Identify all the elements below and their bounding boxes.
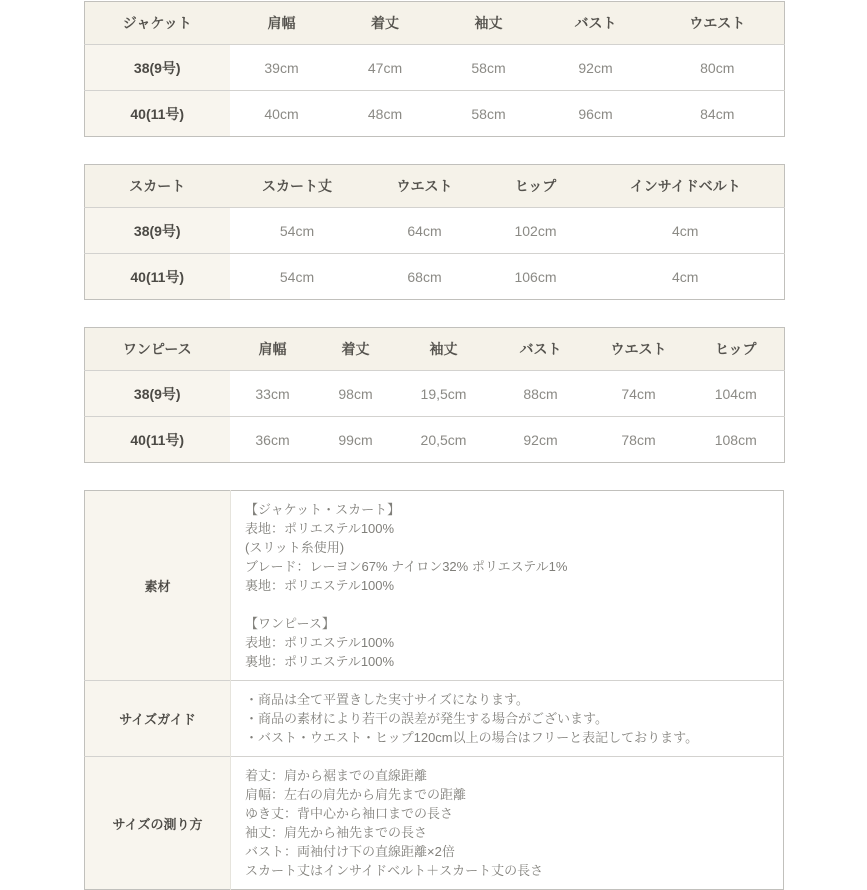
info-line: 袖丈：肩先から袖先までの長さ <box>245 823 769 842</box>
skirt-header-row: スカート スカート丈 ウエスト ヒップ インサイドベルト <box>85 165 785 208</box>
table-row: 38(9号) 39cm 47cm 58cm 92cm 80cm <box>85 45 785 91</box>
info-line: ゆき丈：背中心から袖口までの長さ <box>245 804 769 823</box>
info-line: (スリット糸使用) <box>245 538 769 557</box>
column-header: ヒップ <box>485 165 587 208</box>
skirt-size-table: スカート スカート丈 ウエスト ヒップ インサイドベルト 38(9号) 54cm… <box>84 164 785 300</box>
info-line: バスト：両袖付け下の直線距離×2倍 <box>245 842 769 861</box>
column-header: バスト <box>492 328 590 371</box>
size-value-cell: 54cm <box>230 254 365 300</box>
column-header: 着丈 <box>334 2 437 45</box>
size-value-cell: 80cm <box>651 45 785 91</box>
table-row: 38(9号) 33cm 98cm 19,5cm 88cm 74cm 104cm <box>85 371 785 417</box>
column-header: バスト <box>541 2 651 45</box>
size-chart-page: ジャケット 肩幅 着丈 袖丈 バスト ウエスト 38(9号) 39cm 47cm… <box>0 0 867 890</box>
info-line: 表地：ポリエステル100% <box>245 633 769 652</box>
onepiece-size-table: ワンピース 肩幅 着丈 袖丈 バスト ウエスト ヒップ 38(9号) 33cm … <box>84 327 785 463</box>
column-header: 袖丈 <box>396 328 492 371</box>
size-value-cell: 102cm <box>485 208 587 254</box>
column-header: 着丈 <box>316 328 396 371</box>
info-line: 【ワンピース】 <box>245 614 769 633</box>
info-line-blank <box>245 595 769 614</box>
size-value-cell: 68cm <box>365 254 485 300</box>
size-value-cell: 19,5cm <box>396 371 492 417</box>
measuring-guide-row: サイズの測り方 着丈：肩から裾までの直線距離 肩幅：左右の肩先から肩先までの距離… <box>85 757 784 890</box>
size-value-cell: 47cm <box>334 45 437 91</box>
table-row: 40(11号) 36cm 99cm 20,5cm 92cm 78cm 108cm <box>85 417 785 463</box>
size-value-cell: 58cm <box>437 91 541 137</box>
column-header: 袖丈 <box>437 2 541 45</box>
size-value-cell: 96cm <box>541 91 651 137</box>
column-header: ウエスト <box>365 165 485 208</box>
product-info-table: 素材 【ジャケット・スカート】 表地：ポリエステル100% (スリット糸使用) … <box>84 490 784 890</box>
size-row-label: 40(11号) <box>85 254 230 300</box>
info-line: 肩幅：左右の肩先から肩先までの距離 <box>245 785 769 804</box>
size-row-label: 40(11号) <box>85 417 230 463</box>
size-value-cell: 33cm <box>230 371 316 417</box>
info-line: 表地：ポリエステル100% <box>245 519 769 538</box>
size-value-cell: 108cm <box>688 417 785 463</box>
size-value-cell: 74cm <box>590 371 688 417</box>
size-row-label: 40(11号) <box>85 91 230 137</box>
material-row: 素材 【ジャケット・スカート】 表地：ポリエステル100% (スリット糸使用) … <box>85 491 784 681</box>
size-value-cell: 48cm <box>334 91 437 137</box>
size-value-cell: 78cm <box>590 417 688 463</box>
size-value-cell: 98cm <box>316 371 396 417</box>
column-header: ジャケット <box>85 2 230 45</box>
size-value-cell: 54cm <box>230 208 365 254</box>
table-row: 38(9号) 54cm 64cm 102cm 4cm <box>85 208 785 254</box>
size-value-cell: 104cm <box>688 371 785 417</box>
column-header: ウエスト <box>590 328 688 371</box>
info-line: スカート丈はインサイドベルト＋スカート丈の長さ <box>245 861 769 880</box>
size-value-cell: 106cm <box>485 254 587 300</box>
size-row-label: 38(9号) <box>85 45 230 91</box>
size-value-cell: 20,5cm <box>396 417 492 463</box>
measuring-guide-content: 着丈：肩から裾までの直線距離 肩幅：左右の肩先から肩先までの距離 ゆき丈：背中心… <box>231 757 784 890</box>
size-row-label: 38(9号) <box>85 208 230 254</box>
column-header: インサイドベルト <box>587 165 785 208</box>
column-header: ワンピース <box>85 328 230 371</box>
column-header: 肩幅 <box>230 2 334 45</box>
jacket-size-table: ジャケット 肩幅 着丈 袖丈 バスト ウエスト 38(9号) 39cm 47cm… <box>84 1 785 137</box>
column-header: ヒップ <box>688 328 785 371</box>
info-row-label: サイズの測り方 <box>85 757 231 890</box>
size-value-cell: 58cm <box>437 45 541 91</box>
size-value-cell: 99cm <box>316 417 396 463</box>
size-guide-content: ・商品は全て平置きした実寸サイズになります。 ・商品の素材により若干の誤差が発生… <box>231 681 784 757</box>
column-header: ウエスト <box>651 2 785 45</box>
size-value-cell: 4cm <box>587 208 785 254</box>
onepiece-header-row: ワンピース 肩幅 着丈 袖丈 バスト ウエスト ヒップ <box>85 328 785 371</box>
info-line: ブレード：レーヨン67% ナイロン32% ポリエステル1% <box>245 557 769 576</box>
table-row: 40(11号) 54cm 68cm 106cm 4cm <box>85 254 785 300</box>
info-line: 裏地：ポリエステル100% <box>245 576 769 595</box>
size-value-cell: 88cm <box>492 371 590 417</box>
size-value-cell: 36cm <box>230 417 316 463</box>
info-row-label: 素材 <box>85 491 231 681</box>
size-value-cell: 64cm <box>365 208 485 254</box>
jacket-header-row: ジャケット 肩幅 着丈 袖丈 バスト ウエスト <box>85 2 785 45</box>
info-row-label: サイズガイド <box>85 681 231 757</box>
table-row: 40(11号) 40cm 48cm 58cm 96cm 84cm <box>85 91 785 137</box>
info-line: 裏地：ポリエステル100% <box>245 652 769 671</box>
size-guide-row: サイズガイド ・商品は全て平置きした実寸サイズになります。 ・商品の素材により若… <box>85 681 784 757</box>
info-line: 【ジャケット・スカート】 <box>245 500 769 519</box>
info-line: 着丈：肩から裾までの直線距離 <box>245 766 769 785</box>
size-value-cell: 39cm <box>230 45 334 91</box>
info-line: ・商品は全て平置きした実寸サイズになります。 <box>245 690 769 709</box>
size-value-cell: 4cm <box>587 254 785 300</box>
size-value-cell: 92cm <box>492 417 590 463</box>
info-line: ・バスト・ウエスト・ヒップ120cm以上の場合はフリーと表記しております。 <box>245 728 769 747</box>
material-content: 【ジャケット・スカート】 表地：ポリエステル100% (スリット糸使用) ブレー… <box>231 491 784 681</box>
column-header: スカート丈 <box>230 165 365 208</box>
size-row-label: 38(9号) <box>85 371 230 417</box>
column-header: スカート <box>85 165 230 208</box>
size-value-cell: 92cm <box>541 45 651 91</box>
column-header: 肩幅 <box>230 328 316 371</box>
info-line: ・商品の素材により若干の誤差が発生する場合がございます。 <box>245 709 769 728</box>
size-value-cell: 40cm <box>230 91 334 137</box>
size-value-cell: 84cm <box>651 91 785 137</box>
